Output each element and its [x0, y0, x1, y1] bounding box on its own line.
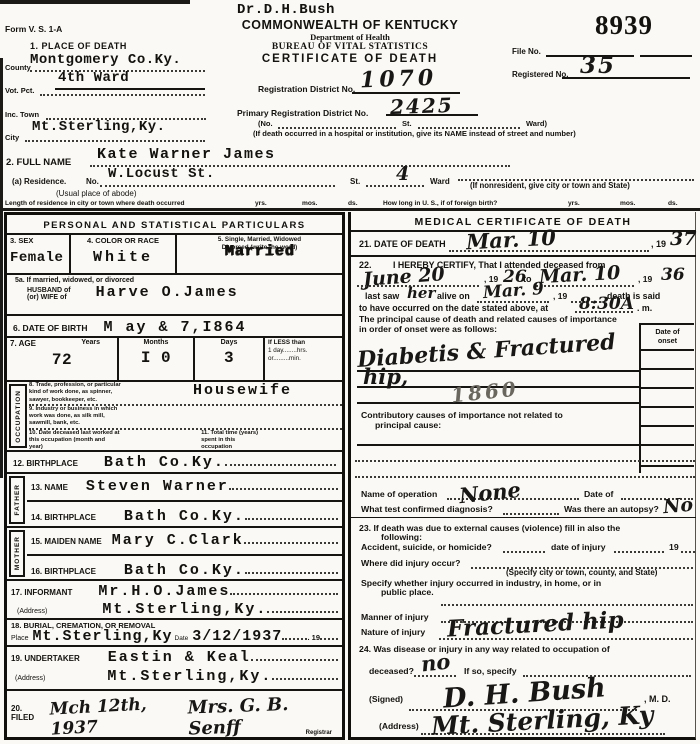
length-mos-label: mos.: [302, 200, 317, 207]
onset-cell: [641, 408, 694, 427]
death-certificate-document: Form V. S. 1-A 1. PLACE OF DEATH Montgom…: [0, 0, 700, 744]
mother-side-label: MOTHER: [14, 536, 21, 570]
sex-label: 3. SEX: [10, 236, 66, 245]
us-mos-label: mos.: [620, 200, 635, 207]
operation-label: Name of operation: [361, 489, 437, 499]
industry-label-3: sawmill, bank, etc.: [29, 420, 342, 427]
contributory-dotted-1: [355, 460, 695, 462]
trade-value: Housewife: [193, 382, 292, 399]
informant-address-line: [267, 601, 338, 613]
years-label: Years: [81, 339, 100, 348]
date-of-onset-label-1: Date of: [641, 327, 694, 336]
dod-bottom-line: [351, 255, 696, 257]
mother-name-line: [244, 532, 338, 544]
mother-birthplace-value: Bath Co.Ky.: [124, 562, 245, 579]
last-worked-label-2: this occupation (month and: [29, 437, 201, 444]
burial-date-value: 3/12/1937: [192, 628, 282, 645]
personal-title: PERSONAL AND STATISTICAL PARTICULARS: [43, 220, 305, 231]
trade-label-1: 8. Trade, profession, or particular: [29, 382, 181, 389]
city-value: Mt.Sterling,Ky.: [32, 119, 166, 135]
burial-line: [282, 628, 307, 640]
filed-label: 20. FILED: [11, 704, 44, 722]
father-name-line: [229, 478, 338, 490]
mother-side-box: MOTHER: [9, 530, 25, 577]
last-worked-label-3: year): [29, 444, 201, 451]
sex-value: Female: [10, 250, 66, 266]
length-ds-label: ds.: [348, 200, 358, 207]
autopsy-handwriting: No: [662, 494, 694, 519]
date-injury-line: [614, 551, 664, 553]
deceased-label: deceased?: [369, 666, 414, 676]
nature-label: Nature of injury: [361, 627, 425, 637]
length-yrs-label: yrs.: [255, 200, 267, 207]
undertaker-value: Eastin & Keal: [108, 649, 251, 666]
signed-label: (Signed): [369, 694, 403, 704]
certificate-title: CERTIFICATE OF DEATH: [195, 53, 505, 65]
age-row: 7. AGE Years 72 Months I 0 Days 3 If LES…: [7, 338, 342, 382]
residence-label: (a) Residence.: [12, 177, 66, 186]
principal-cause-2: in order of onset were as follows:: [359, 324, 497, 334]
undertaker-address-label: (Address): [15, 675, 45, 682]
last-saw-label: last saw: [365, 291, 399, 301]
birthplace-row: 12. BIRTHPLACE Bath Co.Ky.: [7, 452, 342, 474]
onset-cell: [641, 446, 694, 467]
test-label: What test confirmed diagnosis?: [361, 504, 493, 514]
industry-label-2: work was done, as silk mill,: [29, 413, 342, 420]
registration-district-value: 1070: [360, 65, 438, 94]
undertaker-line: [251, 649, 338, 661]
occupation-side-box: OCCUPATION: [9, 384, 27, 448]
industry-label-1: 9. Industry or business in which: [29, 406, 342, 413]
dod-year: 37: [670, 228, 696, 250]
autopsy-bottom-line: [351, 517, 696, 518]
to-year: 36: [661, 265, 685, 285]
industry-row: 9. Industry or business in which work wa…: [29, 406, 342, 430]
last-worked-row: 10. Date deceased last worked at this oc…: [29, 430, 342, 452]
age-years-value: 72: [10, 351, 114, 369]
undertaker-address-value: Mt.Sterling,Ky.: [107, 668, 272, 685]
husband-label-2: HUSBAND of: [27, 287, 71, 294]
days-label: Days: [198, 339, 260, 346]
onset-cell: [641, 370, 694, 389]
father-name-row: 13. NAME Steven Warner: [27, 474, 342, 502]
registered-no-label: Registered No.: [512, 70, 568, 79]
race-label: 4. COLOR OR RACE: [74, 236, 172, 245]
autopsy-label: Was there an autopsy?: [564, 504, 659, 514]
alive-on-label: alive on: [437, 291, 470, 301]
residence-ward-label: Ward: [430, 177, 450, 186]
dod-19: , 19: [651, 239, 666, 249]
hospital-st-label: St.: [402, 119, 412, 128]
sex-race-marital-row: 3. SEX Female 4. COLOR OR RACE White 5. …: [7, 235, 342, 275]
us-ds-label: ds.: [668, 200, 678, 207]
nonresident-note: (If nonresident, give city or town and S…: [470, 181, 630, 190]
residence-line: [100, 185, 335, 187]
informant-label: 17. INFORMANT: [11, 588, 72, 597]
principal-cause-1: The principal cause of death and related…: [359, 314, 617, 324]
birthplace-label: 12. BIRTHPLACE: [13, 459, 78, 468]
injury-19: 19: [669, 542, 679, 552]
trade-row: 8. Trade, profession, or particular kind…: [29, 382, 342, 406]
full-name-label: 2. FULL NAME: [6, 157, 71, 168]
husband-row: 5a. If married, widowed, or divorced HUS…: [7, 275, 342, 316]
vot-pct-label: Vot. Pct.: [5, 86, 34, 95]
file-no-line2: [640, 55, 692, 57]
medical-certificate-section: MEDICAL CERTIFICATE OF DEATH 21. DATE OF…: [348, 212, 696, 740]
date-injury-label: date of injury: [551, 542, 606, 552]
burial-place-value: Mt.Sterling,Ky: [33, 628, 173, 645]
father-side-label: FATHER: [14, 484, 21, 516]
informant-address-value: Mt.Sterling,Ky.: [102, 601, 267, 618]
if-so-label: If so, specify: [464, 666, 517, 676]
ward-underline: [55, 88, 205, 90]
age-days-value: 3: [198, 349, 260, 367]
vot-pct-line: [40, 94, 205, 96]
dod-line: [449, 250, 649, 252]
last-saw-date-value: Mar. 9: [482, 279, 544, 303]
q24-label: 24. Was disease or injury in any way rel…: [359, 644, 610, 654]
undertaker-label: 19. UNDERTAKER: [11, 654, 80, 663]
husband-label-1: 5a. If married, widowed, or divorced: [15, 277, 342, 284]
dod-label: 21. DATE OF DEATH: [359, 239, 446, 249]
specify-dotted-line: [441, 604, 693, 606]
registrar-label: Registrar: [306, 730, 332, 736]
mother-name-value: Mary C.Clark: [112, 532, 244, 549]
total-time-label-1: 11. Total time (years): [201, 430, 258, 437]
contributory-line: [357, 444, 639, 446]
date-of-onset-column: Date of onset: [639, 323, 694, 473]
mother-birthplace-line: [245, 562, 338, 574]
burial-place-label: Place: [11, 635, 29, 642]
personal-title-row: PERSONAL AND STATISTICAL PARTICULARS: [7, 215, 342, 235]
filed-row: 20. FILED Mch 12th, 1937 Mrs. G. B. Senf…: [7, 691, 342, 737]
onset-cell: [641, 427, 694, 446]
father-name-label: 13. NAME: [31, 483, 68, 492]
registration-district-label: Registration District No.: [258, 84, 355, 94]
father-side-box: FATHER: [9, 476, 25, 523]
age-label: 7. AGE: [10, 339, 36, 348]
serial-number: 8939: [595, 10, 653, 41]
residence-st-label: St.: [350, 177, 360, 186]
burial-row: 18. BURIAL, CREMATION, OR REMOVAL Place …: [7, 620, 342, 647]
form-number: Form V. S. 1-A: [5, 24, 62, 34]
less-label-3: or.........min.: [268, 355, 339, 363]
occurred-time-line: [575, 311, 633, 313]
deceased-handwriting: no: [420, 649, 452, 677]
dob-label: 6. DATE OF BIRTH: [13, 323, 87, 333]
cause-handwriting-2: hip,: [363, 364, 408, 389]
accident-line: [503, 551, 545, 553]
husband-value: Harve O.James: [96, 284, 239, 301]
mother-block: MOTHER 15. MAIDEN NAME Mary C.Clark 16. …: [7, 528, 342, 581]
to-19: , 19: [638, 274, 652, 284]
city-line: [25, 140, 205, 142]
scan-edge-left: [0, 58, 3, 478]
undertaker-row: 19. UNDERTAKER Eastin & Keal (Address) M…: [7, 647, 342, 691]
residence-no-label: No.: [86, 177, 99, 186]
deceased-line: [414, 675, 456, 677]
mother-birthplace-row: 16. BIRTHPLACE Bath Co.Ky.: [27, 556, 342, 579]
place-of-death-title: 1. PLACE OF DEATH: [30, 41, 127, 51]
m-label: . m.: [637, 303, 652, 313]
dob-row: 6. DATE OF BIRTH M ay & 7,I864: [7, 316, 342, 338]
birthplace-value: Bath Co.Ky.: [104, 454, 225, 471]
city-label: City: [5, 133, 19, 142]
marital-value: Married: [180, 243, 339, 260]
mother-name-row: 15. MAIDEN NAME Mary C.Clark: [27, 528, 342, 556]
total-time-label-2: spent in this: [201, 437, 258, 444]
how-long-us-label: How long in U. S., if of foreign birth?: [383, 200, 497, 207]
attended-to-line: [536, 285, 634, 287]
doctor-name: Dr.D.H.Bush: [237, 2, 335, 18]
full-name-value: Kate Warner James: [97, 146, 276, 163]
dob-value: M ay & 7,I864: [103, 319, 246, 336]
mother-name-label: 15. MAIDEN NAME: [31, 537, 102, 546]
abode-note: (Usual place of abode): [56, 189, 137, 198]
mother-birthplace-label: 16. BIRTHPLACE: [31, 567, 96, 576]
father-birthplace-line: [245, 508, 338, 520]
department-subtitle: Department of Health: [195, 32, 505, 42]
test-line: [503, 513, 559, 515]
filed-date-value: Mch 12th, 1937: [49, 692, 189, 739]
total-time-label-3: occupation: [201, 444, 258, 451]
burial-19-line: [320, 628, 338, 640]
months-label: Months: [122, 339, 190, 346]
less-label-1: If LESS than: [268, 339, 339, 347]
q23-label-2: following:: [381, 532, 422, 542]
occupation-block: OCCUPATION 8. Trade, profession, or part…: [7, 382, 342, 452]
her-hand: her: [407, 284, 435, 302]
registered-no-line: [562, 77, 690, 79]
injury-19-line: [681, 551, 695, 553]
specify-label-2: public place.: [381, 587, 434, 597]
burial-date-label: Date: [175, 635, 189, 642]
informant-line: [230, 583, 338, 595]
father-birthplace-row: 14. BIRTHPLACE Bath Co.Ky.: [27, 502, 342, 525]
personal-statistical-section: PERSONAL AND STATISTICAL PARTICULARS 3. …: [4, 212, 345, 740]
bureau-subtitle: BUREAU OF VITAL STATISTICS: [195, 42, 505, 52]
husband-label-3: (or) WIFE of: [27, 294, 71, 301]
residence-value: W.Locust St.: [108, 166, 215, 182]
accident-label: Accident, suicide, or homicide?: [361, 542, 492, 552]
less-label-2: 1 day........hrs.: [268, 347, 339, 355]
father-birthplace-label: 14. BIRTHPLACE: [31, 513, 96, 522]
where-label: Where did injury occur?: [361, 558, 460, 568]
inc-town-label: Inc. Town: [5, 110, 39, 119]
father-name-value: Steven Warner: [86, 478, 229, 495]
age-months-value: I 0: [122, 349, 190, 367]
scan-edge-top: [0, 0, 190, 4]
race-value: White: [74, 249, 172, 266]
trade-label-2: kind of work done, as spinner,: [29, 389, 181, 396]
occurred-label: to have occurred on the date stated abov…: [359, 303, 548, 313]
onset-cell: [641, 389, 694, 408]
address-label: (Address): [379, 721, 419, 731]
nature-line: [439, 638, 693, 640]
onset-cell: [641, 351, 694, 370]
registered-no-value: 35: [580, 52, 616, 79]
county-value: Montgomery Co.Ky.: [30, 52, 181, 68]
header-divider: [0, 208, 700, 211]
where-note: (Specify city or town, county, and State…: [506, 568, 657, 577]
ward-value: 4th Ward: [58, 70, 129, 86]
father-block: FATHER 13. NAME Steven Warner 14. BIRTHP…: [7, 474, 342, 527]
length-residence-label: Length of residence in city or town wher…: [5, 200, 185, 207]
residence-st-line: [366, 185, 424, 187]
hospital-no-label: (No.: [258, 119, 273, 128]
trade-label-3: sawyer, bookkeeper, etc.: [29, 397, 181, 404]
commonwealth-title: COMMONWEALTH OF KENTUCKY: [195, 18, 505, 32]
burial-19: . 19: [307, 633, 320, 642]
informant-value: Mr.H.O.James: [98, 583, 230, 600]
contributory-label-1: Contributory causes of importance not re…: [361, 410, 563, 420]
us-yrs-label: yrs.: [568, 200, 580, 207]
file-no-label: File No.: [512, 47, 541, 56]
manner-label: Manner of injury: [361, 612, 429, 622]
contributory-dotted-2: [355, 476, 695, 478]
operation-date-label: Date of: [584, 489, 613, 499]
hospital-ward-label: Ward): [526, 119, 547, 128]
primary-registration-label: Primary Registration District No.: [237, 108, 368, 118]
hospital-note: (If death occurred in a hospital or inst…: [253, 129, 576, 138]
informant-address-label: (Address): [17, 608, 47, 615]
informant-row: 17. INFORMANT Mr.H.O.James (Address) Mt.…: [7, 581, 342, 620]
undertaker-address-line: [272, 668, 338, 680]
county-label: County: [5, 63, 31, 72]
last-worked-label-1: 10. Date deceased last worked at: [29, 430, 201, 437]
saw-19: , 19: [553, 291, 567, 301]
residence-ward-value: 4: [396, 163, 409, 185]
date-of-onset-label-2: onset: [641, 336, 694, 345]
birthplace-line: [225, 454, 336, 466]
occupation-side-label: OCCUPATION: [15, 390, 22, 443]
primary-registration-line: [386, 114, 478, 116]
contributory-label-2: principal cause:: [375, 420, 441, 430]
father-birthplace-value: Bath Co.Ky.: [124, 508, 245, 525]
